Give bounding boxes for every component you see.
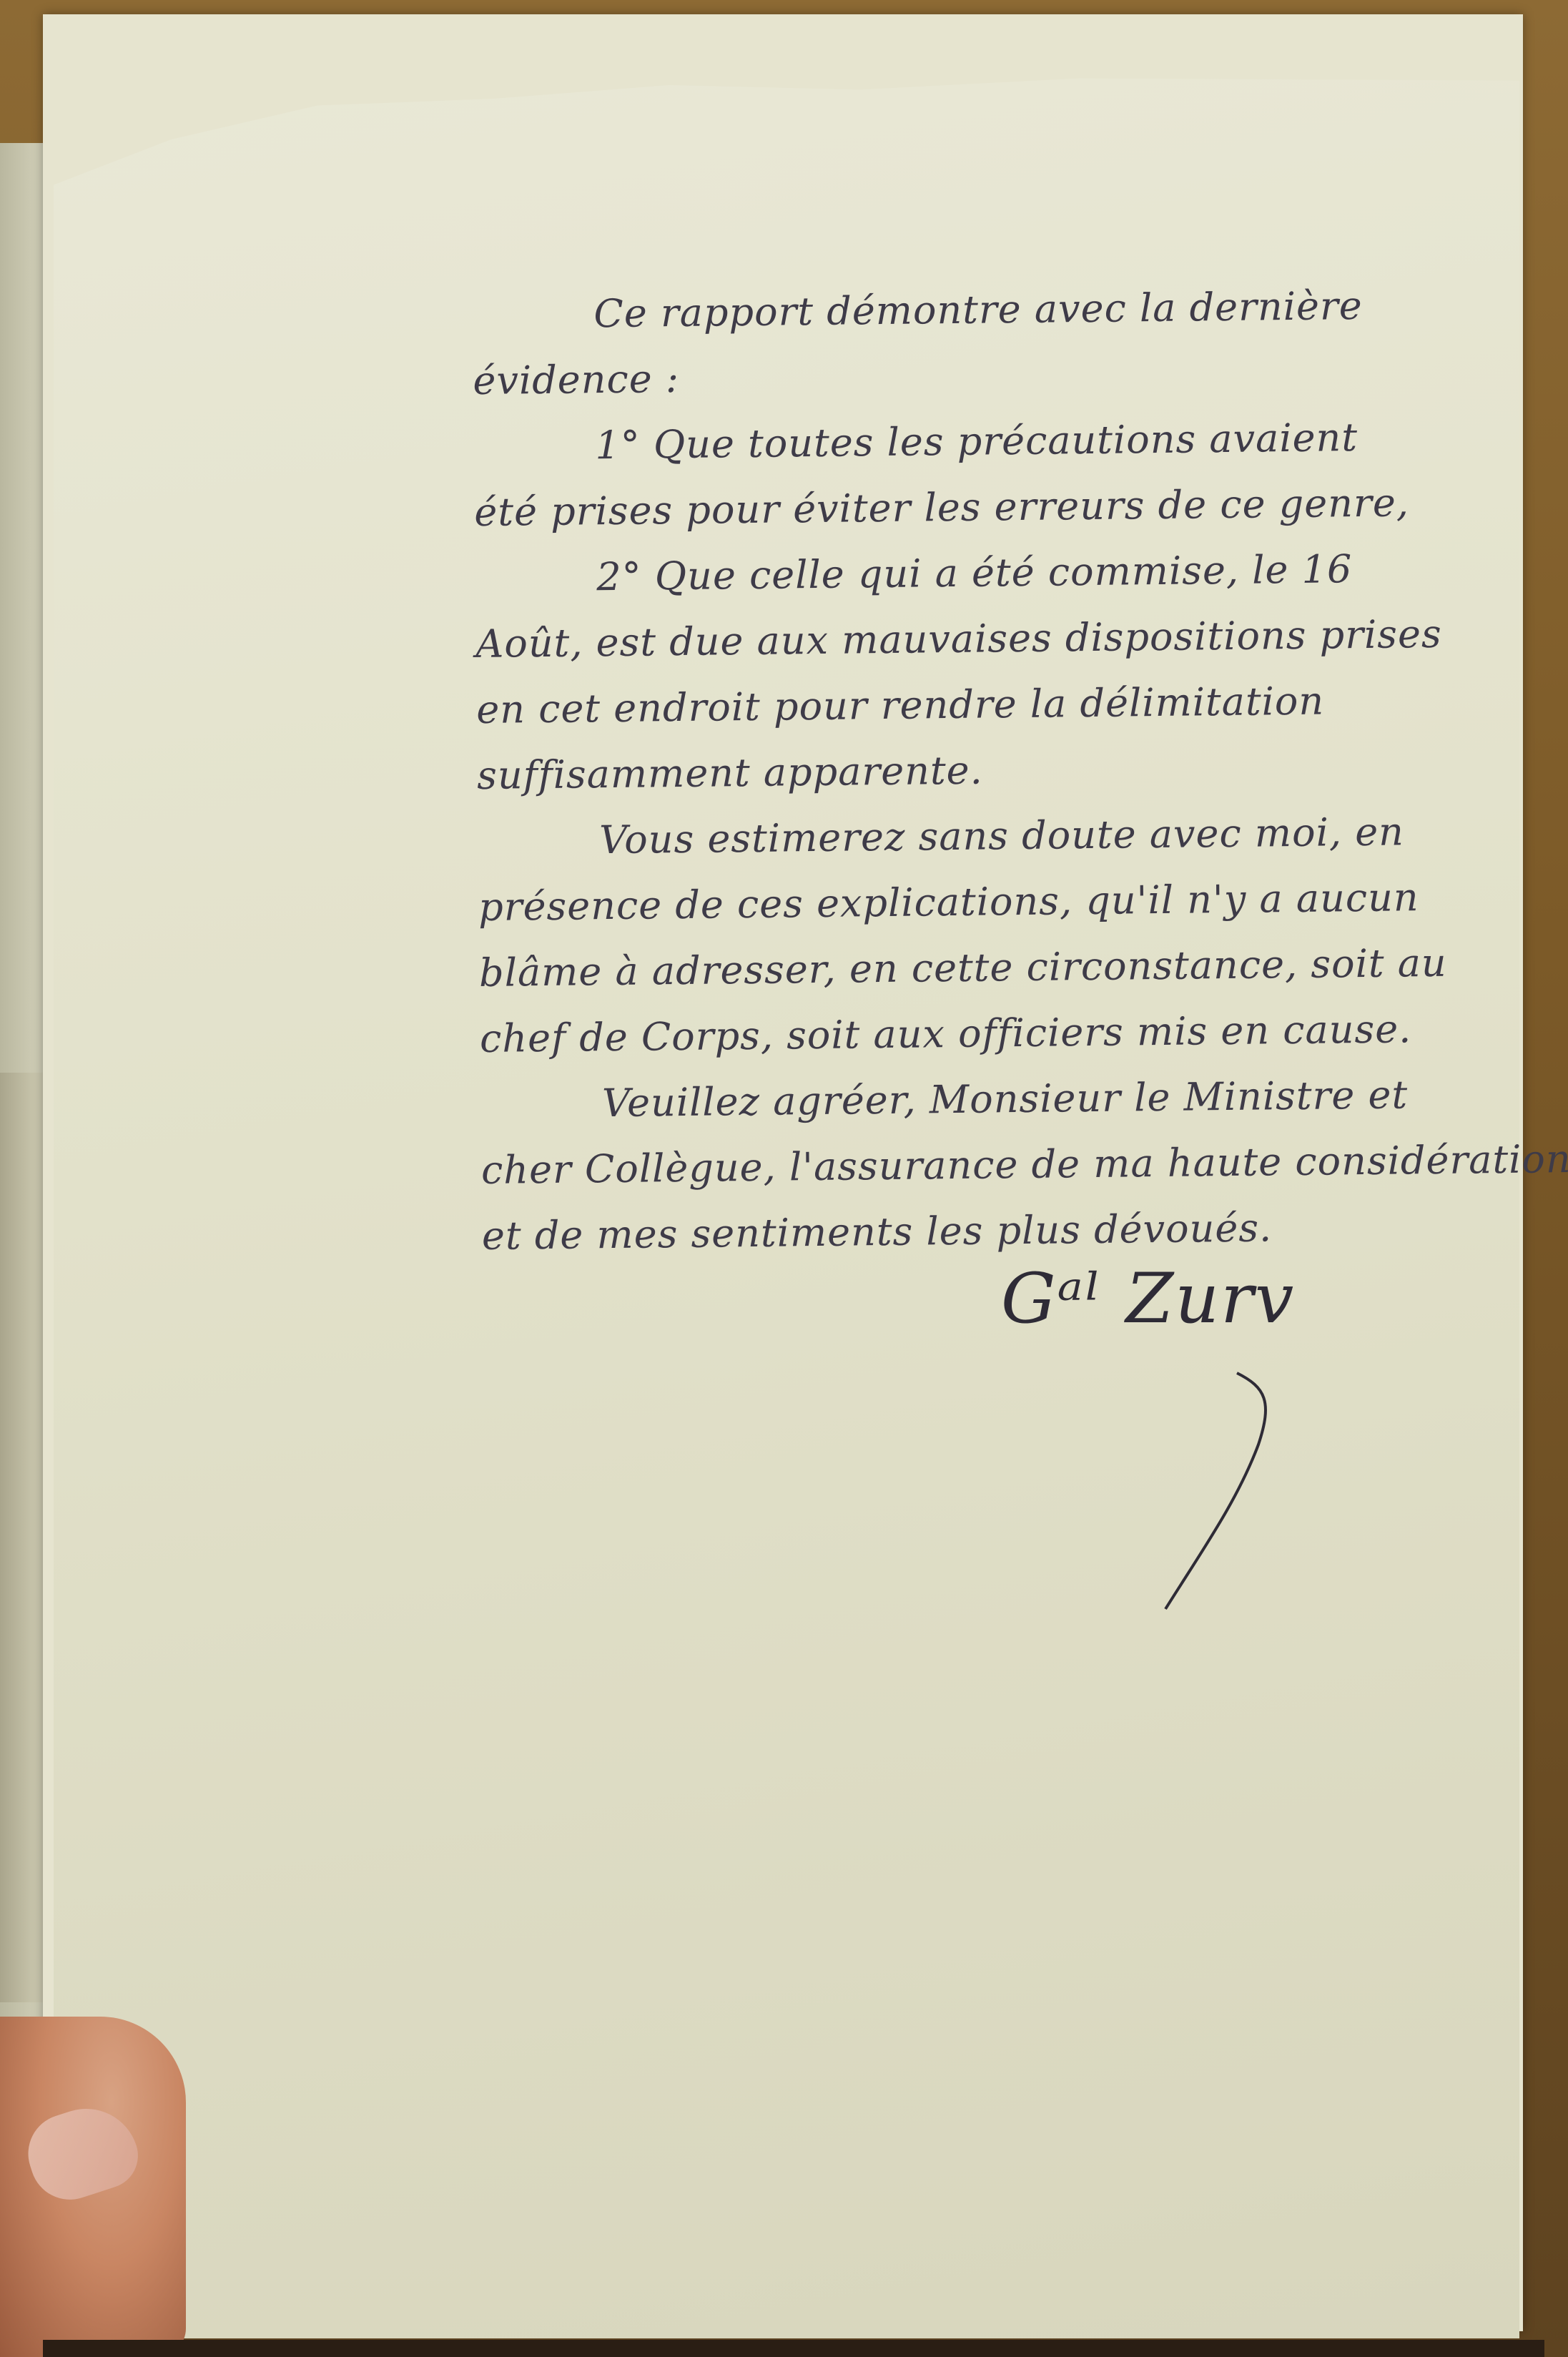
text-line: chef de Corps, soit aux officiers mis en… <box>480 995 1524 1072</box>
text-line: cher Collègue, l'assurance de ma haute c… <box>481 1127 1526 1204</box>
text-line: 1° Que toutes les précautions avaient <box>473 403 1518 480</box>
text-line: 2° Que celle qui a été commise, le 16 <box>475 535 1519 611</box>
letter-body: Ce rapport démontre avec la dernière évi… <box>472 272 1526 1269</box>
text-line: évidence : <box>473 338 1517 414</box>
text-line: blâme à adresser, en cette circonstance,… <box>479 930 1524 1006</box>
text-line: en cet endroit pour rendre la délimitati… <box>476 666 1521 743</box>
text-line: suffisamment apparente. <box>477 732 1522 809</box>
text-line: présence de ces explications, qu'il n'y … <box>478 864 1523 940</box>
text-line: et de mes sentiments les plus dévoués. <box>481 1193 1526 1269</box>
text-line: été prises pour éviter les erreurs de ce… <box>474 469 1519 546</box>
text-line: Ce rapport démontre avec la dernière <box>472 272 1517 348</box>
underlying-sheet-edge-lower <box>0 1073 43 2002</box>
signature-flourish-icon <box>1001 1259 1430 1630</box>
signature: Gᵃˡ Zurv <box>1001 1259 1430 1630</box>
text-line: Vous estimerez sans doute avec moi, en <box>478 798 1522 875</box>
text-line: Veuillez agréer, Monsieur le Ministre et <box>480 1061 1525 1138</box>
bottom-shadow <box>43 2340 1544 2357</box>
text-line: Août, est due aux mauvaises dispositions… <box>475 601 1520 677</box>
